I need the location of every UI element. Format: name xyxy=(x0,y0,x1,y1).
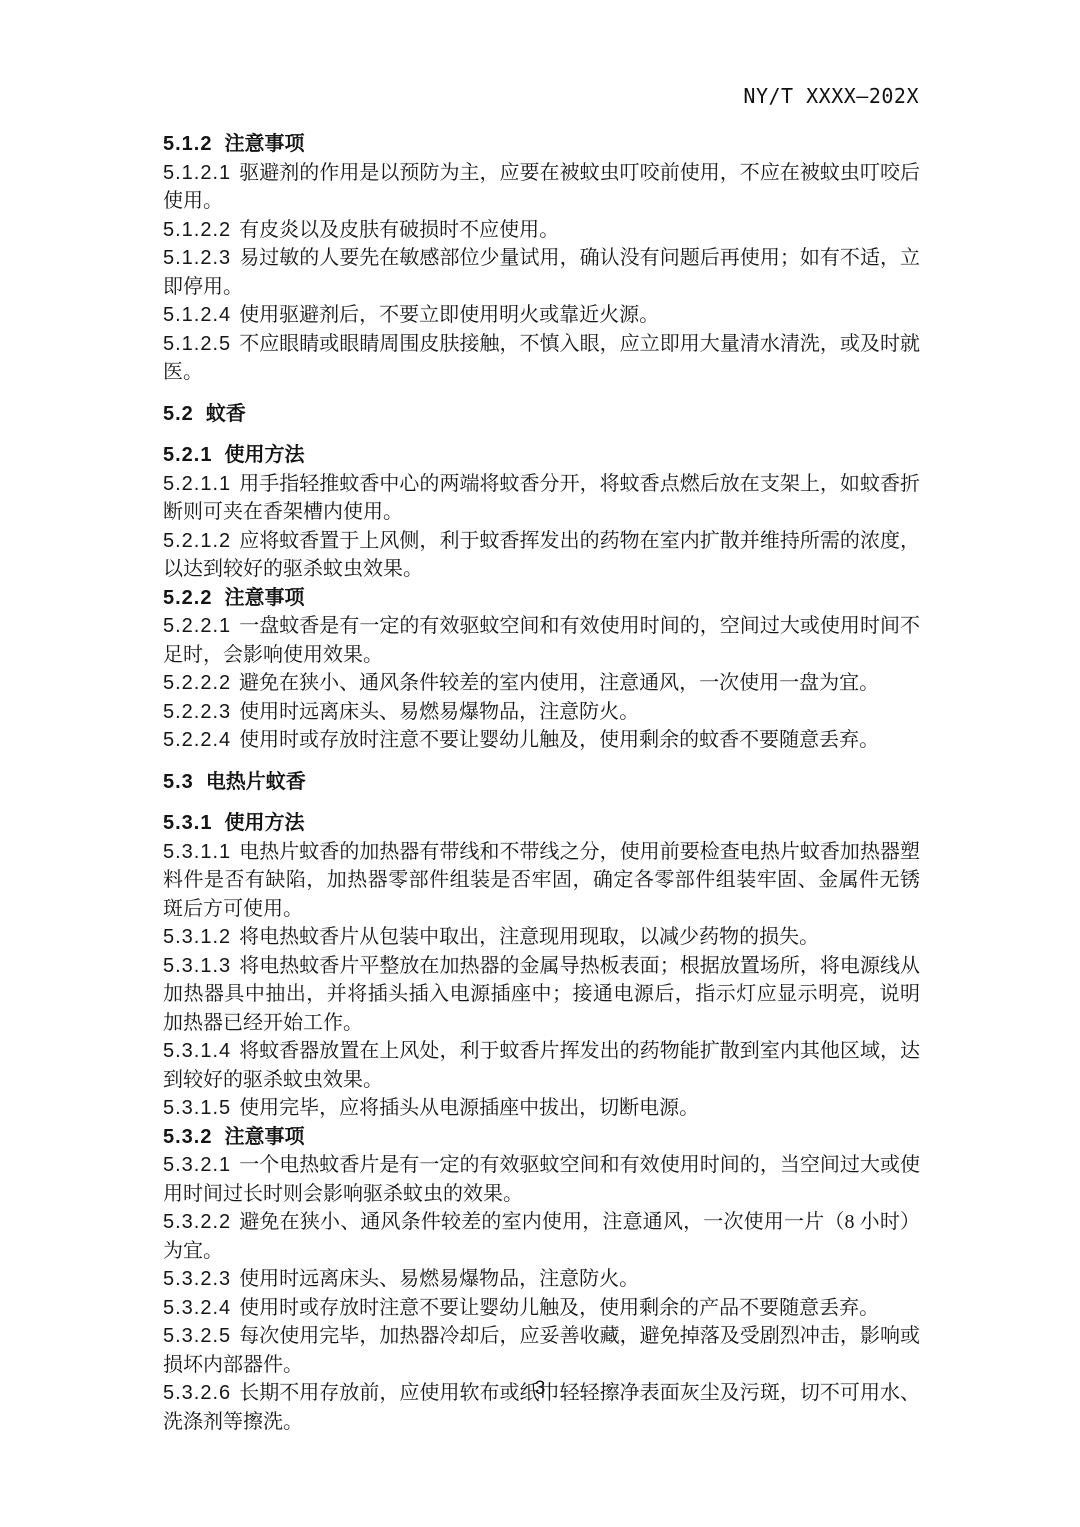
clause-paragraph: 5.2.2.2避免在狭小、通风条件较差的室内使用，注意通风，一次使用一盘为宜。 xyxy=(163,669,920,698)
section-heading: 5.2蚊香 xyxy=(163,400,920,429)
clause-number: 5.3.1.5 xyxy=(163,1097,231,1119)
clause-number: 5.2.2 xyxy=(163,587,212,609)
clause-number: 5.2.2.4 xyxy=(163,729,231,751)
clause-text: 将电热蚊香片平整放在加热器的金属导热板表面；根据放置场所，将电源线从加热器具中抽… xyxy=(163,955,920,1034)
clause-number: 5.3.2.4 xyxy=(163,1297,231,1319)
clause-number: 5.1.2.5 xyxy=(163,333,231,355)
clause-text: 一个电热蚊香片是有一定的有效驱蚊空间和有效使用时间的，当空间过大或使用时间过长时… xyxy=(163,1154,920,1205)
heading-text: 注意事项 xyxy=(224,587,304,609)
clause-text: 电热片蚊香的加热器有带线和不带线之分，使用前要检查电热片蚊香加热器塑料件是否有缺… xyxy=(163,841,920,920)
clause-text: 驱避剂的作用是以预防为主，应要在被蚊虫叮咬前使用，不应在被蚊虫叮咬后使用。 xyxy=(163,162,920,213)
clause-paragraph: 5.3.1.4将蚊香器放置在上风处，利于蚊香片挥发出的药物能扩散到室内其他区域，… xyxy=(163,1037,920,1094)
clause-number: 5.3.1 xyxy=(163,812,212,834)
clause-text: 使用时或存放时注意不要让婴幼儿触及，使用剩余的产品不要随意丢弃。 xyxy=(239,1297,879,1319)
clause-number: 5.3.1.3 xyxy=(163,955,231,977)
clause-paragraph: 5.2.2.1一盘蚊香是有一定的有效驱蚊空间和有效使用时间的，空间过大或使用时间… xyxy=(163,612,920,669)
clause-paragraph: 5.3.1.5使用完毕，应将插头从电源插座中拔出，切断电源。 xyxy=(163,1094,920,1123)
clause-text: 避免在狭小、通风条件较差的室内使用，注意通风，一次使用一片（8 小时）为宜。 xyxy=(163,1211,920,1262)
clause-number: 5.3.1.1 xyxy=(163,841,231,863)
heading-text: 电热片蚊香 xyxy=(206,771,306,793)
clause-number: 5.1.2.3 xyxy=(163,247,231,269)
clause-paragraph: 5.3.2.3使用时远离床头、易燃易爆物品，注意防火。 xyxy=(163,1265,920,1294)
clause-text: 用手指轻推蚊香中心的两端将蚊香分开，将蚊香点燃后放在支架上，如蚊香折断则可夹在香… xyxy=(163,473,920,524)
subclause-heading: 5.2.2注意事项 xyxy=(163,584,920,613)
subclause-heading: 5.3.1使用方法 xyxy=(163,809,920,838)
clause-paragraph: 5.1.2.2有皮炎以及皮肤有破损时不应使用。 xyxy=(163,216,920,245)
clause-text: 将蚊香器放置在上风处，利于蚊香片挥发出的药物能扩散到室内其他区域，达到较好的驱杀… xyxy=(163,1040,920,1091)
clause-text: 一盘蚊香是有一定的有效驱蚊空间和有效使用时间的，空间过大或使用时间不足时，会影响… xyxy=(163,615,920,666)
clause-text: 将电热蚊香片从包装中取出，注意现用现取，以减少药物的损失。 xyxy=(239,926,819,948)
clause-text: 有皮炎以及皮肤有破损时不应使用。 xyxy=(239,219,559,241)
document-content: 5.1.2注意事项5.1.2.1驱避剂的作用是以预防为主，应要在被蚊虫叮咬前使用… xyxy=(163,130,920,1436)
page-number: 3 xyxy=(535,1378,546,1399)
heading-text: 使用方法 xyxy=(224,812,304,834)
clause-paragraph: 5.1.2.1驱避剂的作用是以预防为主，应要在被蚊虫叮咬前使用，不应在被蚊虫叮咬… xyxy=(163,159,920,216)
page-footer: 3 xyxy=(0,1378,1080,1400)
clause-number: 5.2 xyxy=(163,403,194,425)
clause-text: 不应眼睛或眼睛周围皮肤接触，不慎入眼，应立即用大量清水清洗，或及时就医。 xyxy=(163,333,920,384)
clause-number: 5.3.2 xyxy=(163,1126,212,1148)
clause-paragraph: 5.3.2.4使用时或存放时注意不要让婴幼儿触及，使用剩余的产品不要随意丢弃。 xyxy=(163,1294,920,1323)
clause-number: 5.1.2.4 xyxy=(163,304,231,326)
clause-text: 使用时远离床头、易燃易爆物品，注意防火。 xyxy=(239,1268,639,1290)
clause-paragraph: 5.3.1.1电热片蚊香的加热器有带线和不带线之分，使用前要检查电热片蚊香加热器… xyxy=(163,838,920,924)
clause-number: 5.3 xyxy=(163,771,194,793)
clause-paragraph: 5.3.2.2避免在狭小、通风条件较差的室内使用，注意通风，一次使用一片（8 小… xyxy=(163,1208,920,1265)
clause-number: 5.3.1.2 xyxy=(163,926,231,948)
clause-number: 5.3.1.4 xyxy=(163,1040,231,1062)
clause-text: 应将蚊香置于上风侧，利于蚊香挥发出的药物在室内扩散并维持所需的浓度，以达到较好的… xyxy=(163,530,920,581)
clause-number: 5.1.2.2 xyxy=(163,219,231,241)
heading-text: 注意事项 xyxy=(224,1126,304,1148)
clause-paragraph: 5.3.1.3将电热蚊香片平整放在加热器的金属导热板表面；根据放置场所，将电源线… xyxy=(163,952,920,1038)
document-page: NY/T XXXX—202X 5.1.2注意事项5.1.2.1驱避剂的作用是以预… xyxy=(0,0,1080,1527)
clause-paragraph: 5.2.2.3使用时远离床头、易燃易爆物品，注意防火。 xyxy=(163,698,920,727)
heading-text: 注意事项 xyxy=(224,133,304,155)
clause-text: 易过敏的人要先在敏感部位少量试用，确认没有问题后再使用；如有不适，立即停用。 xyxy=(163,247,920,298)
clause-text: 使用完毕，应将插头从电源插座中拔出，切断电源。 xyxy=(239,1097,699,1119)
clause-number: 5.2.1.2 xyxy=(163,530,231,552)
clause-number: 5.2.1.1 xyxy=(163,473,231,495)
clause-text: 每次使用完毕，加热器冷却后，应妥善收藏，避免掉落及受剧烈冲击，影响或损坏内部器件… xyxy=(163,1325,920,1376)
clause-paragraph: 5.1.2.3易过敏的人要先在敏感部位少量试用，确认没有问题后再使用；如有不适，… xyxy=(163,244,920,301)
section-heading: 5.3电热片蚊香 xyxy=(163,768,920,797)
clause-text: 避免在狭小、通风条件较差的室内使用，注意通风，一次使用一盘为宜。 xyxy=(239,672,879,694)
clause-paragraph: 5.3.2.1一个电热蚊香片是有一定的有效驱蚊空间和有效使用时间的，当空间过大或… xyxy=(163,1151,920,1208)
clause-number: 5.3.2.1 xyxy=(163,1154,231,1176)
clause-paragraph: 5.3.1.2将电热蚊香片从包装中取出，注意现用现取，以减少药物的损失。 xyxy=(163,923,920,952)
clause-number: 5.3.2.3 xyxy=(163,1268,231,1290)
clause-paragraph: 5.2.1.2应将蚊香置于上风侧，利于蚊香挥发出的药物在室内扩散并维持所需的浓度… xyxy=(163,527,920,584)
clause-paragraph: 5.2.2.4使用时或存放时注意不要让婴幼儿触及，使用剩余的蚊香不要随意丢弃。 xyxy=(163,726,920,755)
clause-paragraph: 5.1.2.4使用驱避剂后，不要立即使用明火或靠近火源。 xyxy=(163,301,920,330)
clause-number: 5.3.2.5 xyxy=(163,1325,231,1347)
clause-paragraph: 5.3.2.5每次使用完毕，加热器冷却后，应妥善收藏，避免掉落及受剧烈冲击，影响… xyxy=(163,1322,920,1379)
heading-text: 使用方法 xyxy=(224,444,304,466)
clause-paragraph: 5.1.2.5不应眼睛或眼睛周围皮肤接触，不慎入眼，应立即用大量清水清洗，或及时… xyxy=(163,330,920,387)
clause-number: 5.1.2 xyxy=(163,133,212,155)
clause-text: 使用时或存放时注意不要让婴幼儿触及，使用剩余的蚊香不要随意丢弃。 xyxy=(239,729,879,751)
page-header: NY/T XXXX—202X xyxy=(743,84,919,108)
clause-number: 5.2.2.2 xyxy=(163,672,231,694)
subclause-heading: 5.3.2注意事项 xyxy=(163,1123,920,1152)
heading-text: 蚊香 xyxy=(206,403,246,425)
clause-number: 5.2.2.1 xyxy=(163,615,231,637)
clause-number: 5.2.2.3 xyxy=(163,701,231,723)
subclause-heading: 5.2.1使用方法 xyxy=(163,441,920,470)
document-code: NY/T XXXX—202X xyxy=(743,84,919,108)
clause-number: 5.1.2.1 xyxy=(163,162,231,184)
clause-number: 5.3.2.2 xyxy=(163,1211,231,1233)
clause-number: 5.2.1 xyxy=(163,444,212,466)
clause-text: 使用驱避剂后，不要立即使用明火或靠近火源。 xyxy=(239,304,659,326)
subclause-heading: 5.1.2注意事项 xyxy=(163,130,920,159)
clause-paragraph: 5.2.1.1用手指轻推蚊香中心的两端将蚊香分开，将蚊香点燃后放在支架上，如蚊香… xyxy=(163,470,920,527)
clause-text: 使用时远离床头、易燃易爆物品，注意防火。 xyxy=(239,701,639,723)
